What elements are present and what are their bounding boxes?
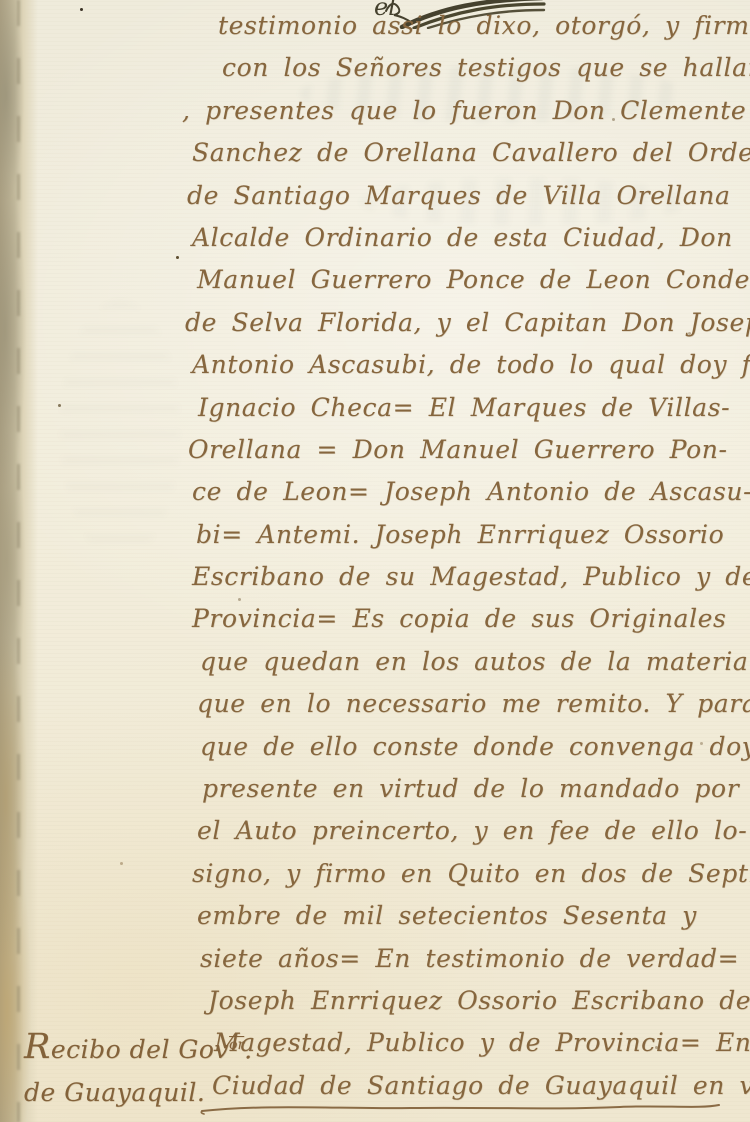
manuscript-line: de Selva Florida, y el Capitan Don Josep… [185,302,748,344]
margin-note-line1: Recibo del Govor. [24,1024,253,1071]
underline-flourish-icon [200,1100,722,1116]
manuscript-line: embre de mil setecientos Sesenta y [197,895,748,937]
manuscript-line: testimonio assi lo dixo, otorgó, y firmó [218,5,748,47]
manuscript-line: de Santiago Marques de Villa Orellana [187,175,748,217]
manuscript-line: el Auto preincerto, y en fee de ello lo- [197,810,748,852]
manuscript-line: que de ello conste donde convenga doy el [200,726,748,768]
margin-note-superscript: or [229,1037,244,1053]
manuscript-line: siete años= En testimonio de verdad= [200,938,748,980]
manuscript-line: Ignacio Checa= El Marques de Villas- [198,387,748,429]
margin-note-text: Recibo del Gov [24,1026,229,1071]
margin-note-punct: . [244,1035,252,1064]
manuscript-page: { "document": { "kind": "handwritten not… [0,0,750,1122]
manuscript-line: Escribano de su Magestad, Publico y de [192,556,748,598]
ink-specks [0,0,3,3]
manuscript-line: Alcalde Ordinario de esta Ciudad, Don [192,217,748,259]
binding-edge [0,0,38,1122]
manuscript-line: , presentes que lo fueron Don Clemente [182,90,748,132]
manuscript-line: Orellana = Don Manuel Guerrero Pon- [188,429,748,471]
manuscript-line: Sanchez de Orellana Cavallero del Orden [192,132,748,174]
manuscript-line: Magestad, Publico y de Provincia= Enla [214,1022,748,1064]
manuscript-line: Provincia= Es copia de sus Originales [192,598,748,640]
manuscript-line: ce de Leon= Joseph Antonio de Ascasu- [192,471,748,513]
manuscript-line: signo, y firmo en Quito en dos de Septi- [192,853,748,895]
manuscript-text-block: testimonio assi lo dixo, otorgó, y firmó… [192,5,748,1107]
manuscript-line: Antonio Ascasubi, de todo lo qual doy fe… [192,344,748,386]
manuscript-line: con los Señores testigos que se hallaron [222,47,748,89]
signature-underline [200,1100,722,1116]
manuscript-line: bi= Antemi. Joseph Enrriquez Ossorio [196,514,748,556]
manuscript-line: Joseph Enrriquez Ossorio Escribano de su [208,980,748,1022]
manuscript-line: que quedan en los autos de la materia á [200,641,748,683]
manuscript-line: presente en virtud de lo mandado por [202,768,748,810]
manuscript-line: que en lo necessario me remito. Y para [197,683,748,725]
manuscript-line: Manuel Guerrero Ponce de Leon Conde [197,259,748,301]
